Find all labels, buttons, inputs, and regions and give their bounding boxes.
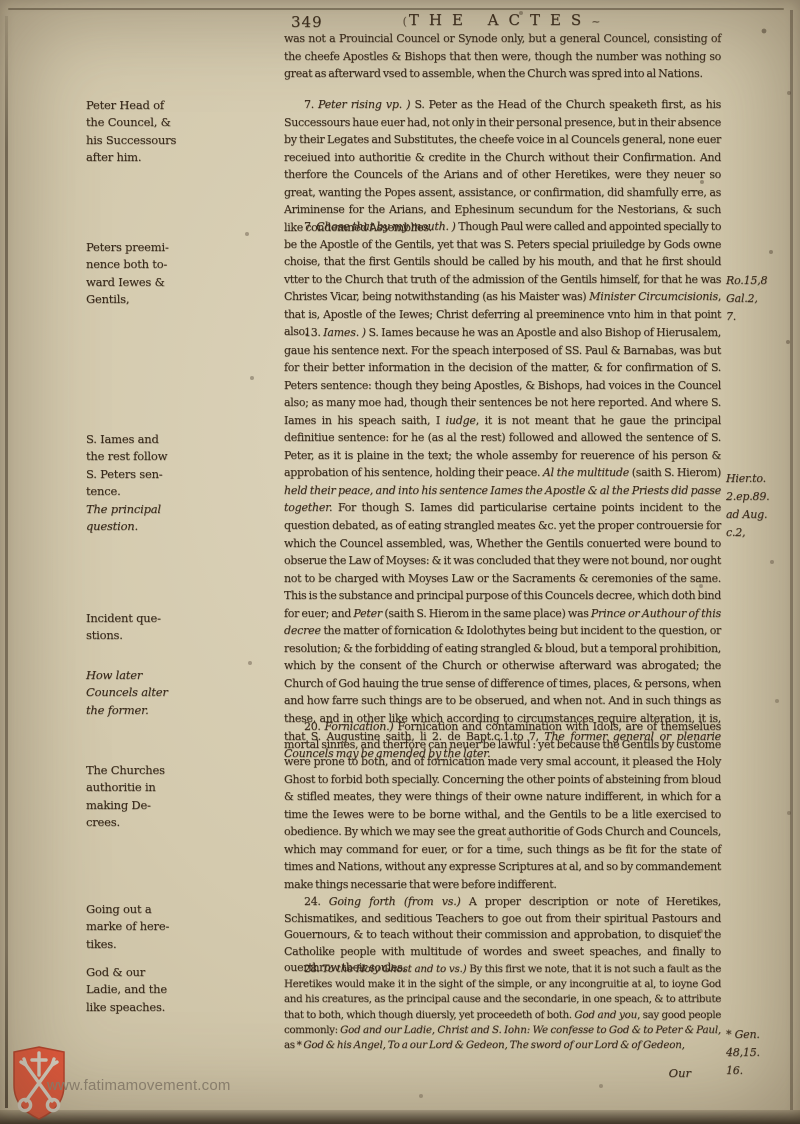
annotation-paragraph-13-iames: 13. Iames. ) S. Iames because he was an …	[284, 324, 721, 763]
annotation-paragraph-20-fornication: 20. Fornication.) Fornication and contam…	[284, 718, 721, 893]
margin-note-peters-preeminence: Peters preemi- nence both to- ward Iewes…	[86, 239, 278, 309]
page-edge-left	[5, 16, 8, 1108]
margin-note-god-and-our-ladie: God & our Ladie, and the like speaches.	[86, 964, 278, 1016]
annotation-paragraph-7-peter-rising: 7. Peter rising vp. ) S. Peter as the He…	[284, 96, 721, 236]
margin-note-going-out: Going out a marke of here- tikes.	[86, 901, 278, 953]
margin-note-incident-questions: Incident que- stions.	[86, 610, 278, 645]
scan-specks	[0, 0, 2, 2]
margin-note-peter-head: Peter Head of the Councel, & his Success…	[86, 97, 278, 167]
watermark-url-text: www.fatimamovement.com	[47, 1077, 231, 1094]
page-edge-right	[790, 10, 793, 1110]
text-block: was not a Prouincial Councel or Synode o…	[284, 0, 721, 1124]
margin-note-principal-question: The principal question.	[86, 501, 278, 536]
annotation-paragraph-28-holy-ghost: 28. To the Holy Ghost and to vs.) By thi…	[284, 962, 721, 1053]
margin-note-iames-follows: S. Iames and the rest follow S. Peters s…	[86, 431, 278, 501]
scripture-ref-romans-galatians: Ro.15,8 Gal.2, 7.	[726, 272, 796, 326]
scripture-ref-hierom-epistle: Hier.to. 2.ep.89. ad Aug. c.2,	[726, 470, 796, 542]
margin-note-churches-authoritie: The Churches authoritie in making De- cr…	[86, 762, 278, 832]
catchword: Our	[669, 1066, 691, 1080]
margin-note-later-councels: How later Councels alter the former.	[86, 667, 278, 719]
annotation-paragraph-7-chose-by-my-mouth: 7. Chose that by my mouth. ) Though Paul…	[284, 218, 721, 341]
paragraph-continuation: was not a Prouincial Councel or Synode o…	[284, 30, 721, 83]
scripture-ref-genesis: * Gen. 48,15. 16.	[726, 1026, 796, 1080]
book-page-scan: 349 (THE ACTES~ was not a Prouincial Cou…	[0, 0, 800, 1124]
